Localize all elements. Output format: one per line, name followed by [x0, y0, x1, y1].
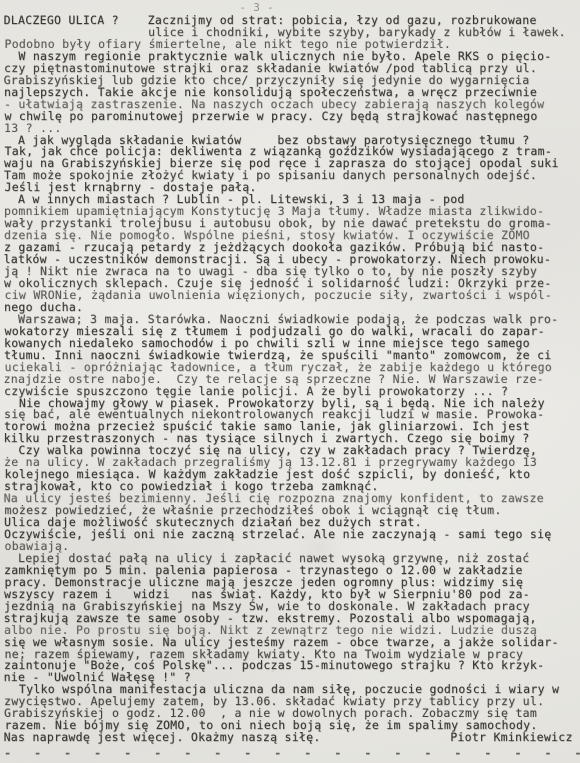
text-line: Nas naprawdę jest więcej. Okażmy naszą s… — [4, 732, 580, 744]
text-line: w chwilę po parominutowej przerwie w pra… — [5, 111, 580, 123]
text-line: ciw WRONie, żądania uwolnienia więzionyc… — [5, 290, 580, 302]
separator-dashes: - - - - - - - - - - - - - - - - - - - - — [4, 747, 580, 759]
text-line: Oczywiście, jeśli oni nie zaczną strzela… — [4, 529, 580, 541]
document-page: - 3 - DLACZEGO ULICA ? Zacznijmy od stra… — [0, 0, 580, 763]
document-body: DLACZEGO ULICA ? Zacznijmy od strat: pob… — [4, 15, 580, 744]
